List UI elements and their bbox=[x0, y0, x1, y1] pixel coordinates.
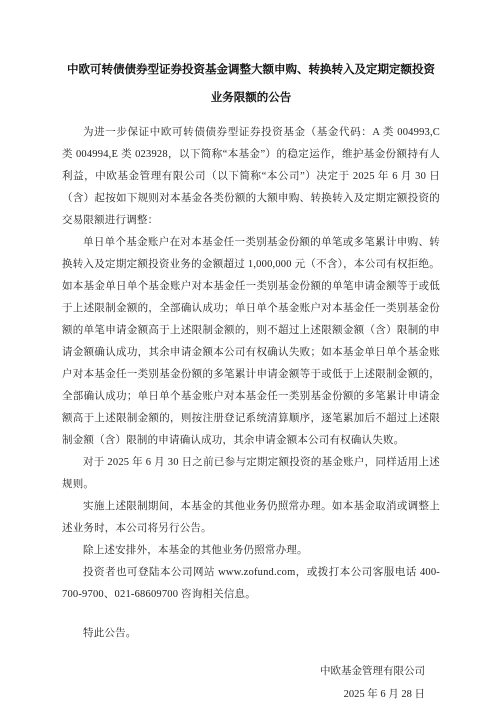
company-signature: 中欧基金管理有限公司 bbox=[62, 660, 425, 683]
announcement-page: 中欧可转债债券型证券投资基金调整大额申购、转换转入及定期定额投资 业务限额的公告… bbox=[0, 0, 500, 707]
paragraph-limit-rules: 单日单个基金账户在对本基金任一类别基金份额的单笔或多笔累计申购、转换转入及定期定… bbox=[62, 232, 440, 452]
paragraph-existing-accounts: 对于 2025 年 6 月 30 日之前已参与定期定额投资的基金账户，同样适用上… bbox=[62, 452, 440, 496]
announcement-date: 2025 年 6 月 28 日 bbox=[62, 683, 425, 706]
paragraph-contact-info: 投资者也可登陆本公司网站 www.zofund.com，或拨打本公司客服电话 4… bbox=[62, 562, 440, 606]
paragraph-other-arrangements: 除上述安排外，本基金的其他业务仍照常办理。 bbox=[62, 540, 440, 562]
document-title-line-1: 中欧可转债债券型证券投资基金调整大额申购、转换转入及定期定额投资 bbox=[62, 56, 440, 84]
closing-statement: 特此公告。 bbox=[62, 623, 440, 645]
document-title: 中欧可转债债券型证券投资基金调整大额申购、转换转入及定期定额投资 业务限额的公告 bbox=[62, 56, 440, 112]
paragraph-intro: 为进一步保证中欧可转债债券型证券投资基金（基金代码：A 类 004993,C 类… bbox=[62, 122, 440, 232]
paragraph-other-business: 实施上述限制期间，本基金的其他业务仍照常办理。如本基金取消或调整上述业务时，本公… bbox=[62, 496, 440, 540]
document-body: 为进一步保证中欧可转债债券型证券投资基金（基金代码：A 类 004993,C 类… bbox=[62, 122, 440, 645]
signature-block: 中欧基金管理有限公司 2025 年 6 月 28 日 bbox=[62, 660, 440, 706]
document-title-line-2: 业务限额的公告 bbox=[62, 84, 440, 112]
